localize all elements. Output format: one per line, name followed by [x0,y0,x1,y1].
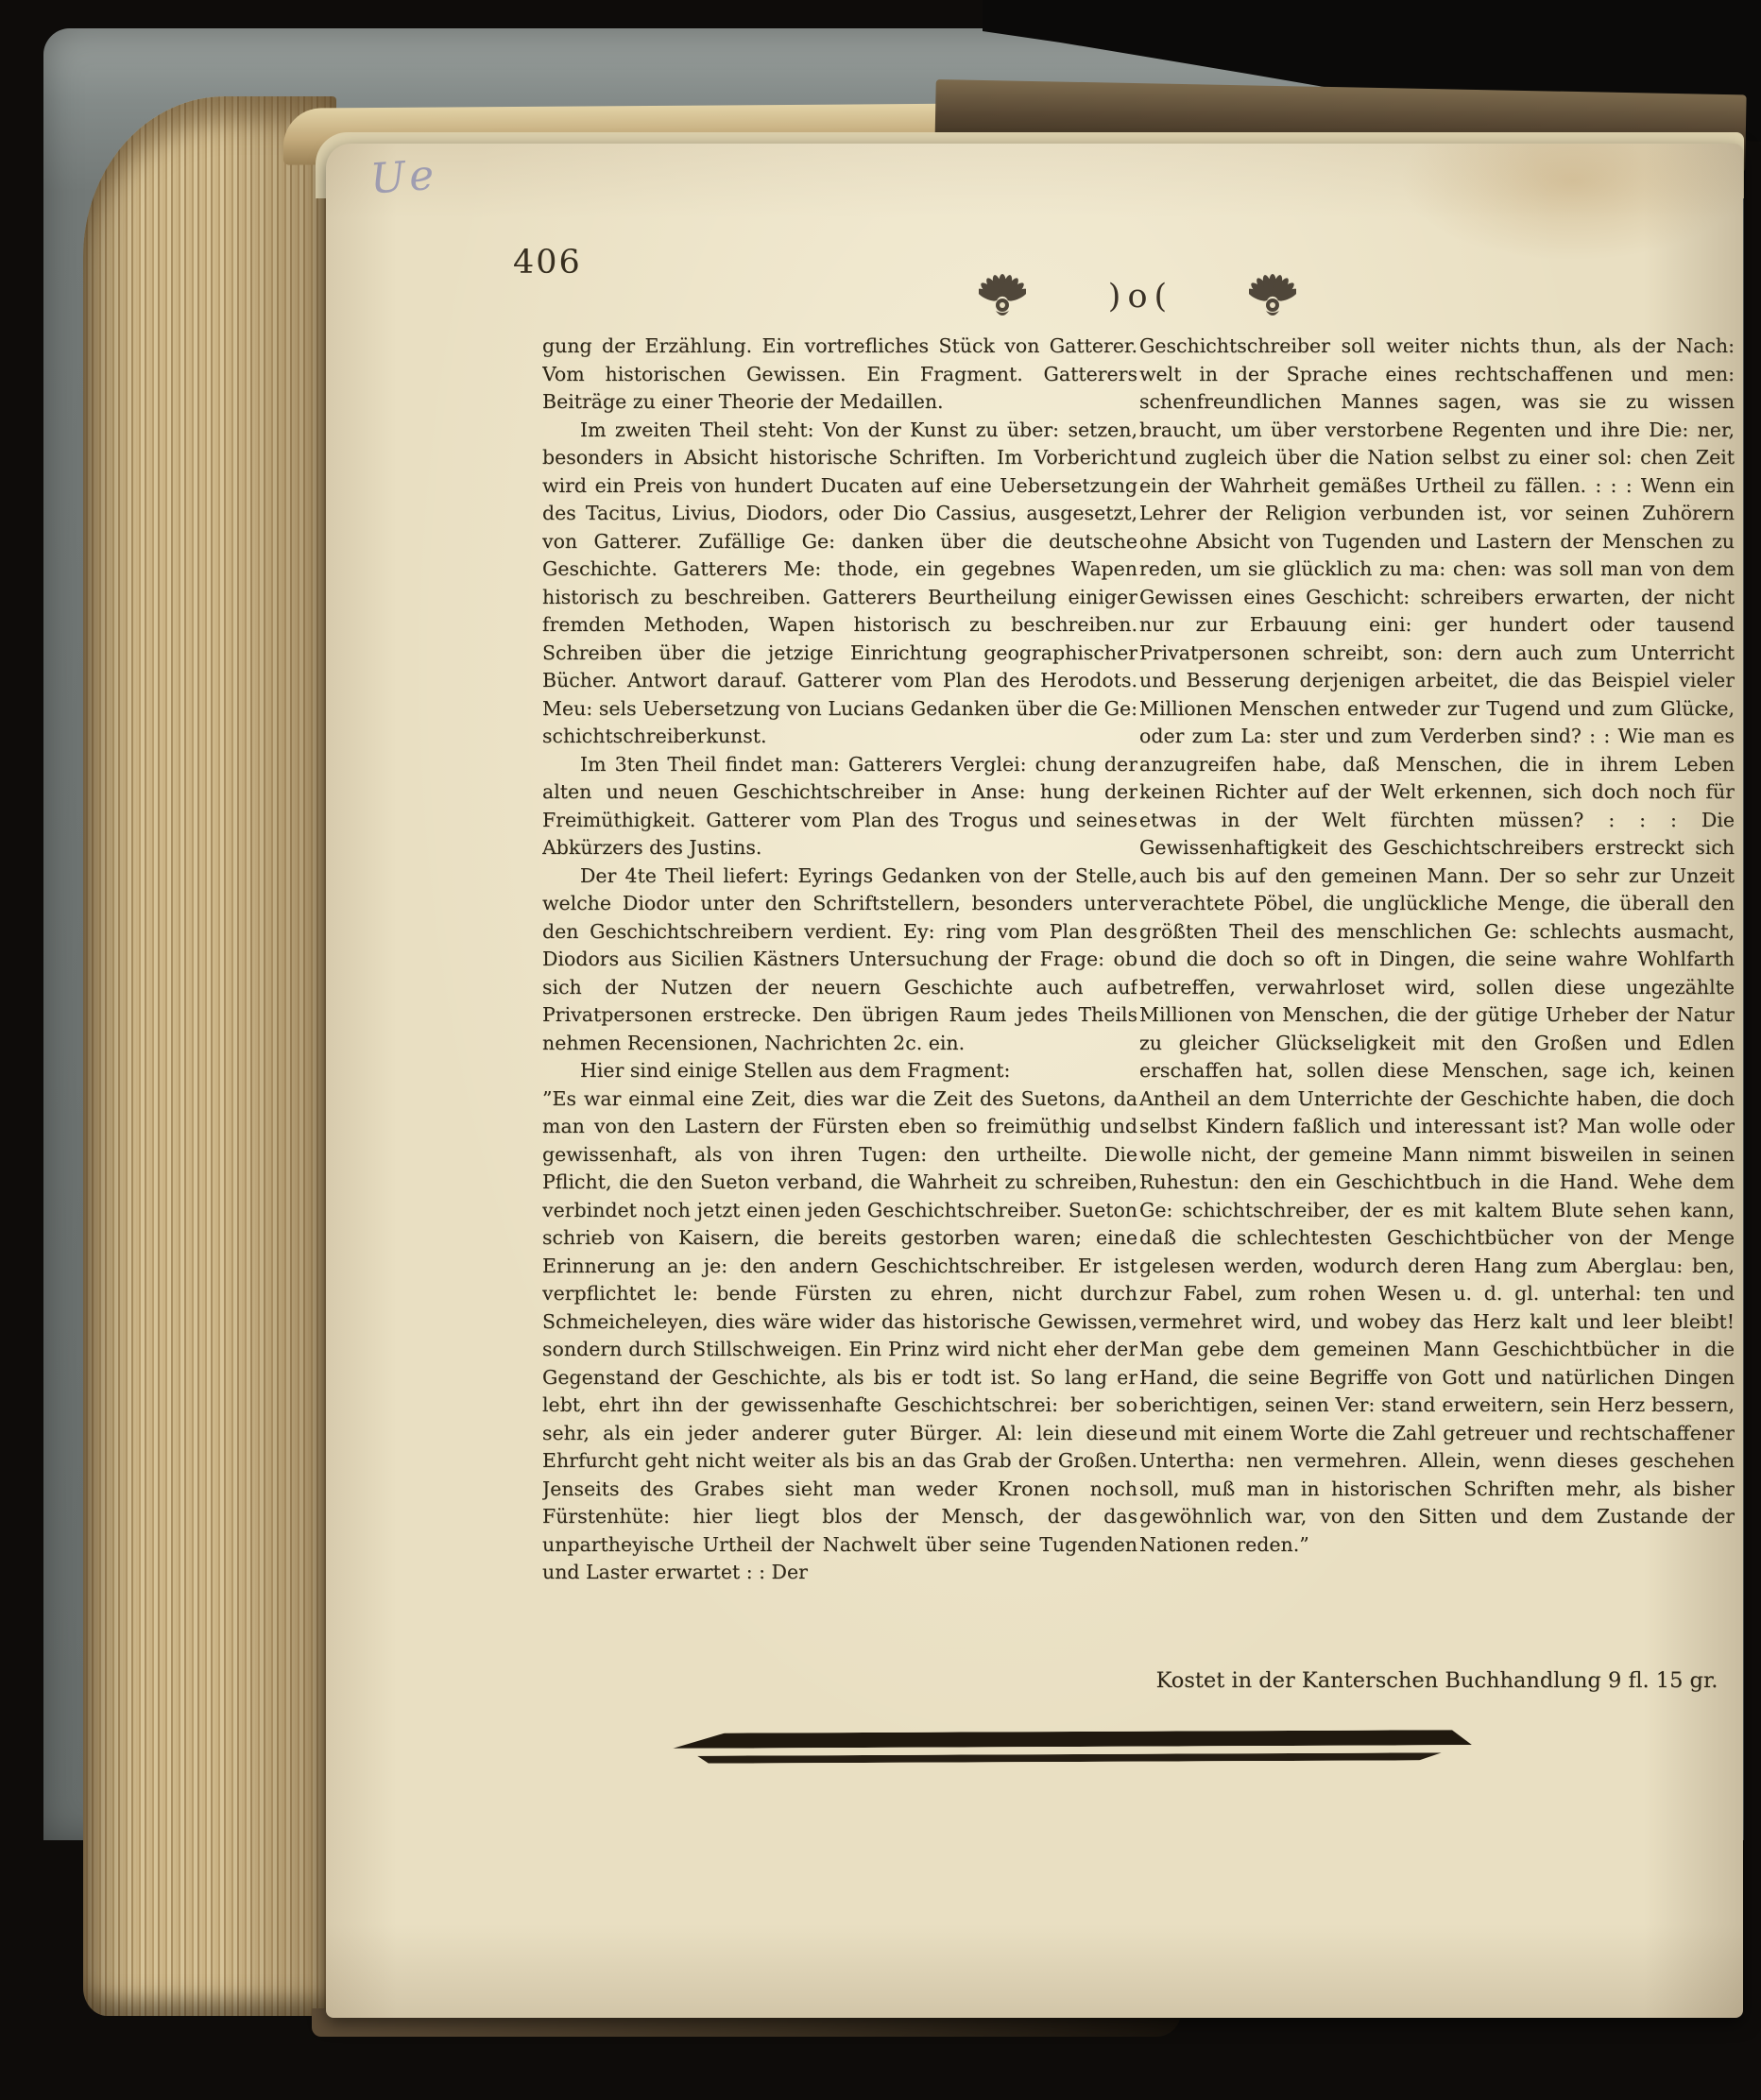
price-line: Kostet in der Kanterschen Buchhandlung 9… [1139,1668,1735,1693]
paragraph: Geschichtschreiber soll weiter nichts th… [1139,333,1735,1559]
paragraph: gung der Erzählung. Ein vortrefliches St… [542,333,1137,417]
right-text-column: Geschichtschreiber soll weiter nichts th… [1139,333,1735,1648]
left-text-column: gung der Erzählung. Ein vortrefliches St… [542,333,1137,1704]
paragraph: ”Es war einmal eine Zeit, dies war die Z… [542,1085,1137,1587]
shell-ornament-icon [1249,273,1296,320]
page-number: 406 [513,244,582,282]
book-photo: Ue 406 )o( [0,0,1761,2100]
page-fore-edge [83,96,336,2016]
signature-mark: )o( [1102,278,1173,316]
shell-ornament-icon [979,273,1026,320]
handwritten-mark: Ue [368,151,439,204]
paragraph: Im zweiten Theil steht: Von der Kunst zu… [542,417,1137,751]
paragraph: Hier sind einige Stellen aus dem Fragmen… [542,1057,1137,1085]
paragraph: Der 4te Theil liefert: Eyrings Gedanken … [542,862,1137,1058]
header-ornaments: )o( [979,266,1296,327]
paragraph: Im 3ten Theil findet man: Gatterers Verg… [542,751,1137,862]
